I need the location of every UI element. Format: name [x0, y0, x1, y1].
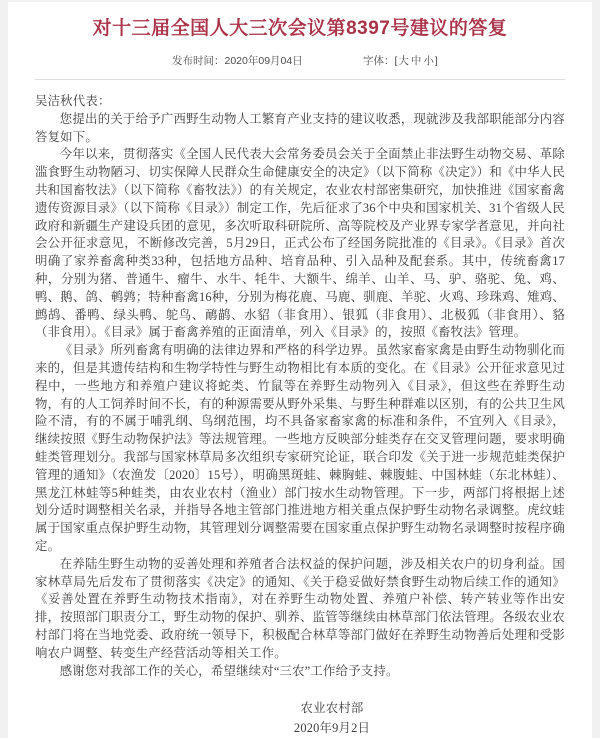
publish-time-label: 发布时间：: [172, 55, 225, 67]
font-size-label: 字体：: [363, 55, 395, 67]
font-size-option-small[interactable]: 小: [422, 55, 435, 67]
letter-signature: 农业农村部 2020年9月2日: [232, 698, 432, 738]
font-size-option-large[interactable]: 大: [397, 55, 410, 67]
letter-paragraph: 在养陆生野生动物的妥善处理和养殖者合法权益的保护问题，涉及相关农户的切身利益。国…: [35, 556, 565, 663]
font-size-control: 字体：[大中小]: [363, 53, 438, 68]
letter-paragraph: 感谢您对我部工作的关心，希望继续对“三农”工作给予支持。: [35, 663, 565, 681]
signature-date: 2020年9月2日: [232, 718, 432, 738]
letter-paragraph: 《目录》所列畜禽有明确的法律边界和严格的科学边界。虽然家畜家禽是由野生动物驯化而…: [35, 342, 565, 556]
font-size-bracket-close: ]: [435, 55, 438, 67]
letter-salutation: 吴洁秋代表：: [35, 93, 565, 111]
meta-row: 发布时间：2020年09月04日 字体：[大中小]: [8, 53, 592, 67]
letter-paragraph: 您提出的关于给予广西野生动物人工繁育产业支持的建议收悉，现就涉及我部职能部分内容…: [35, 111, 565, 147]
header-divider: [35, 79, 565, 80]
signature-org: 农业农村部: [232, 698, 432, 718]
document-panel: 对十三届全国人大三次会议第8397号建议的答复 发布时间：2020年09月04日…: [8, 2, 592, 738]
letter-paragraph: 今年以来，贯彻落实《全国人民代表大会常务委员会关于全面禁止非法野生动物交易、革除…: [35, 146, 565, 342]
publish-time: 发布时间：2020年09月04日: [172, 53, 303, 68]
page-title: 对十三届全国人大三次会议第8397号建议的答复: [8, 16, 592, 42]
font-size-option-medium[interactable]: 中: [410, 55, 423, 67]
letter-body: 吴洁秋代表： 您提出的关于给予广西野生动物人工繁育产业支持的建议收悉，现就涉及我…: [35, 93, 565, 738]
publish-time-value: 2020年09月04日: [225, 55, 303, 67]
